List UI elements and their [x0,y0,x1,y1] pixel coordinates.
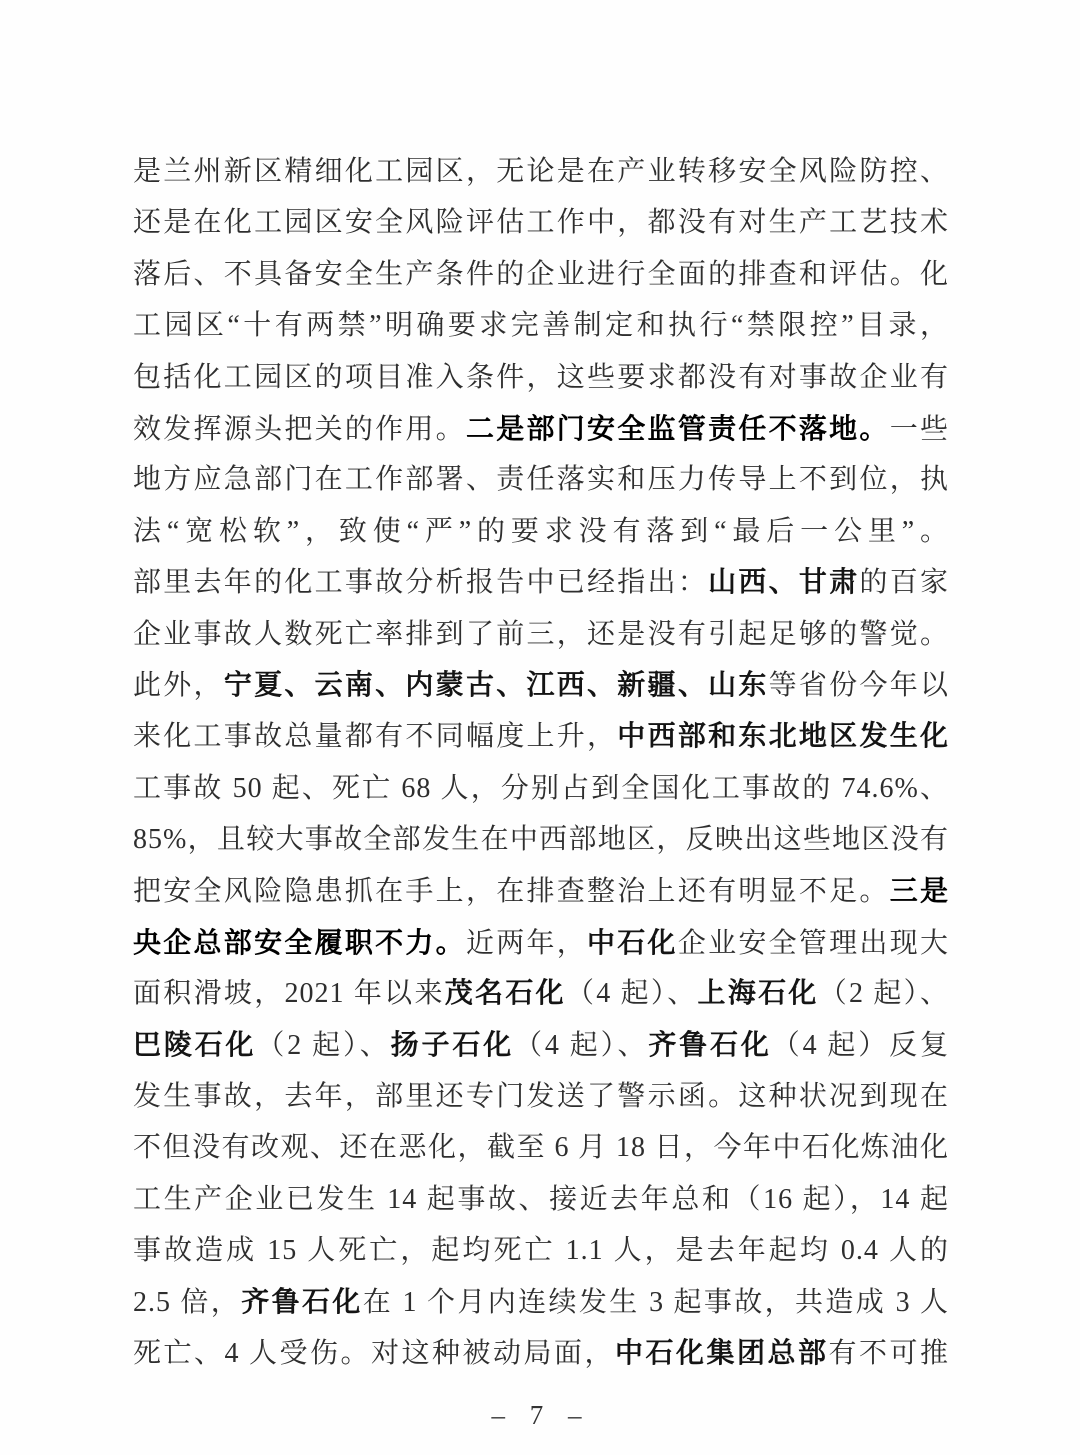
bold-emphasis: 扬子石化 [391,1030,514,1061]
body-text: 是兰州新区精细化工园区，无论是在产业转移安全风险防控、还是在化工园区安全风险评估… [133,146,949,1379]
text-run: 工生产企业已发生 14 起事故、接近去年总和（16 起），14 起 [133,1184,949,1215]
bold-emphasis: 宁夏、云南、内蒙古、江西、新疆、山东 [224,670,769,701]
bold-emphasis: 上海石化 [698,978,819,1009]
text-line: 把安全风险隐患抓在手上，在排查整治上还有明显不足。三是 [133,865,949,916]
section-heading: 二是部门安全监管责任不落地。 [466,413,890,444]
text-run: 地方应急部门在工作部署、责任落实和压力传导上不到位，执 [133,464,949,495]
text-line: 效发挥源头把关的作用。二是部门安全监管责任不落地。一些 [133,403,949,454]
text-line: 巴陵石化（2 起）、扬子石化（4 起）、齐鲁石化（4 起）反复 [133,1020,949,1071]
text-run: （4 起）、 [566,978,698,1009]
page-number: – 7 – [133,1400,949,1431]
text-line: 事故造成 15 人死亡，起均死亡 1.1 人，是去年起均 0.4 人的 [133,1225,949,1276]
text-line: 发生事故，去年，部里还专门发送了警示函。这种状况到现在 [133,1071,949,1122]
text-line: 工园区“十有两禁”明确要求完善制定和执行“禁限控”目录， [133,300,949,351]
bold-emphasis: 中石化集团总部 [615,1338,829,1369]
text-line: 面积滑坡，2021 年以来茂名石化（4 起）、上海石化（2 起）、 [133,968,949,1019]
text-run: 法“宽松软”，致使“严”的要求没有落到“最后一公里”。 [133,516,949,547]
text-line: 包括化工园区的项目准入条件，这些要求都没有对事故企业有 [133,352,949,403]
bold-emphasis: 巴陵石化 [133,1030,256,1061]
text-run: 工事故 50 起、死亡 68 人，分别占到全国化工事故的 74.6%、 [133,773,949,804]
text-line: 85%，且较大事故全部发生在中西部地区，反映出这些地区没有 [133,814,949,865]
text-run: 一些 [890,414,949,445]
text-line: 工事故 50 起、死亡 68 人，分别占到全国化工事故的 74.6%、 [133,763,949,814]
bold-emphasis: 齐鲁石化 [241,1287,363,1318]
text-line: 不但没有改观、还在恶化，截至 6 月 18 日，今年中石化炼油化 [133,1122,949,1173]
text-run: 等省份今年以 [769,670,949,701]
text-line: 落后、不具备安全生产条件的企业进行全面的排查和评估。化 [133,249,949,300]
text-run: 把安全风险隐患抓在手上，在排查整治上还有明显不足。 [133,876,890,907]
text-line: 是兰州新区精细化工园区，无论是在产业转移安全风险防控、 [133,146,949,197]
bold-emphasis: 山西、甘肃 [708,567,859,598]
text-line: 还是在化工园区安全风险评估工作中，都没有对生产工艺技术 [133,197,949,248]
text-line: 此外，宁夏、云南、内蒙古、江西、新疆、山东等省份今年以 [133,660,949,711]
text-line: 2.5 倍，齐鲁石化在 1 个月内连续发生 3 起事故，共造成 3 人 [133,1277,949,1328]
text-run: 在 1 个月内连续发生 3 起事故，共造成 3 人 [363,1287,949,1318]
text-run: （2 起）、 [256,1030,390,1061]
text-run: 企业事故人数死亡率排到了前三，还是没有引起足够的警觉。 [133,619,949,650]
text-line: 央企总部安全履职不力。近两年，中石化企业安全管理出现大 [133,917,949,968]
text-run: 包括化工园区的项目准入条件，这些要求都没有对事故企业有 [133,362,949,393]
text-line: 工生产企业已发生 14 起事故、接近去年总和（16 起），14 起 [133,1174,949,1225]
text-run: 此外， [133,670,224,701]
text-line: 死亡、4 人受伤。对这种被动局面，中石化集团总部有不可推 [133,1328,949,1379]
text-run: 近两年， [466,928,587,959]
text-line: 部里去年的化工事故分析报告中已经指出：山西、甘肃的百家 [133,557,949,608]
text-run: 还是在化工园区安全风险评估工作中，都没有对生产工艺技术 [133,207,949,238]
bold-emphasis: 茂名石化 [445,978,566,1009]
text-line: 来化工事故总量都有不同幅度上升，中西部和东北地区发生化 [133,711,949,762]
text-run: 发生事故，去年，部里还专门发送了警示函。这种状况到现在 [133,1081,949,1112]
bold-emphasis: 齐鲁石化 [648,1030,771,1061]
text-run: 有不可推 [828,1338,949,1369]
bold-emphasis: 中石化 [587,928,678,959]
text-run: 是兰州新区精细化工园区，无论是在产业转移安全风险防控、 [133,156,949,187]
text-run: （4 起）反复 [772,1030,949,1061]
text-line: 地方应急部门在工作部署、责任落实和压力传导上不到位，执 [133,454,949,505]
document-page: 是兰州新区精细化工园区，无论是在产业转移安全风险防控、还是在化工园区安全风险评估… [0,0,1080,1455]
text-run: 死亡、4 人受伤。对这种被动局面， [133,1338,615,1369]
text-line: 企业事故人数死亡率排到了前三，还是没有引起足够的警觉。 [133,609,949,660]
text-run: 企业安全管理出现大 [678,928,949,959]
text-run: 事故造成 15 人死亡，起均死亡 1.1 人，是去年起均 0.4 人的 [133,1235,949,1266]
text-run: 工园区“十有两禁”明确要求完善制定和执行“禁限控”目录， [133,310,949,341]
text-line: 法“宽松软”，致使“严”的要求没有落到“最后一公里”。 [133,506,949,557]
text-run: 不但没有改观、还在恶化，截至 6 月 18 日，今年中石化炼油化 [133,1132,949,1163]
section-heading: 央企总部安全履职不力。 [133,927,466,958]
text-run: 2.5 倍， [133,1287,241,1318]
text-run: 效发挥源头把关的作用。 [133,414,466,445]
text-run: 面积滑坡，2021 年以来 [133,978,445,1009]
section-heading: 三是 [890,875,949,906]
text-run: 来化工事故总量都有不同幅度上升， [133,721,617,752]
text-run: （4 起）、 [514,1030,648,1061]
bold-emphasis: 中西部和东北地区发生化 [617,721,949,752]
text-run: 落后、不具备安全生产条件的企业进行全面的排查和评估。化 [133,259,949,290]
text-run: 部里去年的化工事故分析报告中已经指出： [133,567,708,598]
text-run: 的百家 [859,567,949,598]
text-run: 85%，且较大事故全部发生在中西部地区，反映出这些地区没有 [133,824,949,855]
text-run: （2 起）、 [819,978,949,1009]
